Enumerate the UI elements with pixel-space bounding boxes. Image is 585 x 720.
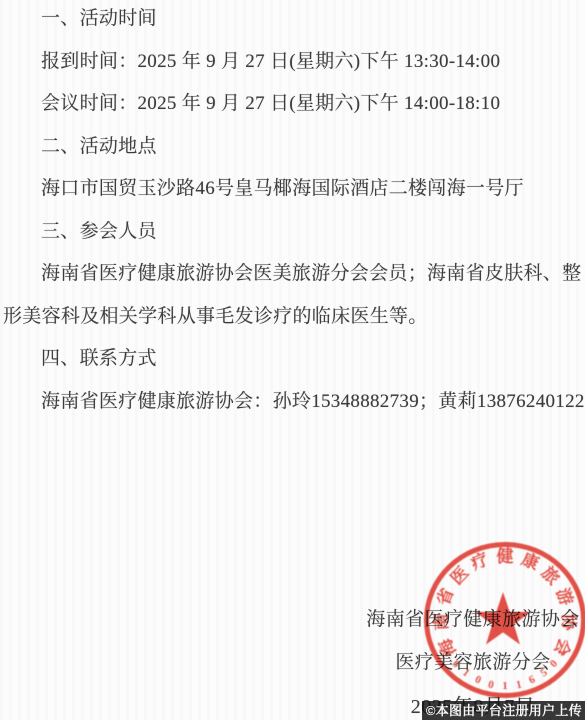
line-meeting-time: 会议时间：2025 年 9 月 27 日(星期六)下午 14:00-18:10 — [3, 83, 584, 126]
heading-participants: 三、参会人员 — [3, 211, 584, 254]
signature-org-line1: 海南省医疗健康旅游协会 — [342, 604, 585, 631]
signature-org-line2: 医疗美容旅游分会 — [342, 647, 585, 674]
document-body: 一、活动时间 报到时间：2025 年 9 月 27 日(星期六)下午 13:30… — [3, 0, 584, 423]
heading-activity-time: 一、活动时间 — [3, 0, 584, 41]
seal-arc-char: 旅 — [538, 564, 563, 589]
watermark-bar: ©本图由平台注册用户上传 — [422, 701, 585, 720]
heading-contact: 四、联系方式 — [3, 338, 584, 381]
line-participants-2: 形美容科及相关学科从事毛发诊疗的临床医生等。 — [3, 296, 584, 339]
seal-arc-char: 健 — [496, 548, 514, 566]
line-checkin-time: 报到时间：2025 年 9 月 27 日(星期六)下午 13:30-14:00 — [3, 41, 584, 84]
seal-arc-char: 医 — [447, 564, 472, 589]
line-address: 海口市国贸玉沙路46号皇马椰海国际酒店二楼闯海一号厅 — [3, 168, 584, 211]
seal-arc-char: 康 — [518, 550, 542, 574]
line-contact: 海南省医疗健康旅游协会：孙玲15348882739；黄莉13876240122 — [3, 381, 584, 424]
watermark-text: ©本图由平台注册用户上传 — [426, 703, 582, 718]
line-participants-1: 海南省医疗健康旅游协会医美旅游分会会员；海南省皮肤科、整 — [3, 253, 584, 296]
document-page: 一、活动时间 报到时间：2025 年 9 月 27 日(星期六)下午 13:30… — [0, 0, 585, 720]
heading-activity-place: 二、活动地点 — [3, 126, 584, 169]
seal-arc-char: 疗 — [469, 550, 493, 574]
